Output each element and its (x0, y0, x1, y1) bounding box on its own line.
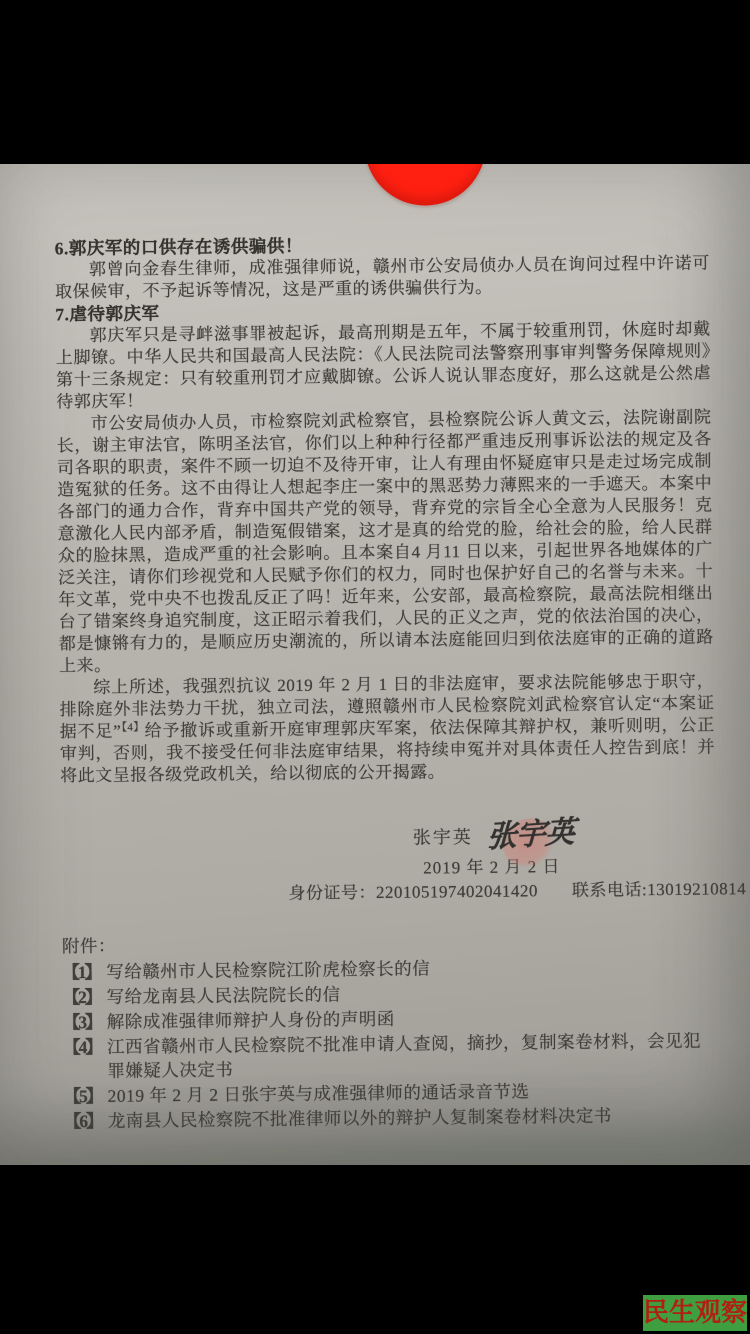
footnote-ref-marker: 【4】 (121, 721, 144, 733)
attachment-marker-5: 【5】 (63, 1084, 101, 1108)
attachment-text-6: 龙南县人民检察院不批准律师以外的辩护人复制案卷材料决定书 (108, 1106, 612, 1131)
handwritten-signature: 张宇英 (486, 822, 574, 850)
attachment-text-2: 写给龙南县人民法院院长的信 (106, 984, 340, 1006)
printed-name: 张宇英 (413, 827, 473, 848)
attachment-marker-3: 【3】 (63, 1010, 101, 1034)
attachment-text-5: 2019 年 2 月 2 日张宇英与成准强律师的通话录音节选 (107, 1081, 529, 1105)
minsheng-watermark: 民生观察 (643, 1295, 747, 1331)
letterbox-top (0, 0, 750, 164)
letterbox-bottom (0, 1165, 750, 1334)
accusation-paragraph: 市公安局侦办人员，市检察院刘武检察官，县检察院公诉人黄文云，法院谢副院长，谢主审… (56, 406, 714, 677)
section7-body: 郭庆军只是寻衅滋事罪被起诉，最高刑期是五年，不属于较重刑罚，休庭时却戴上脚镣。中… (55, 318, 711, 413)
protest-text-after-ref: 给予撤诉或重新开庭审理郭庆军案，依法保障其辩护权，兼听则明，公正审判，否则，我不… (60, 715, 715, 785)
attachment-item-4: 【4】江西省赣州市人民检察院不批准申请人查阅，摘抄，复制案卷材料，会见犯罪嫌疑人… (63, 1028, 718, 1083)
document-photo: 6.郭庆军的口供存在诱供骗供！ 郭曾向金春生律师，成准强律师说，赣州市公安局侦办… (0, 164, 750, 1165)
complaint-letter: 6.郭庆军的口供存在诱供骗供！ 郭曾向金春生律师，成准强律师说，赣州市公安局侦办… (0, 164, 750, 1134)
attachment-marker-1: 【1】 (62, 960, 100, 984)
attachments-list: 附件： 【1】写给赣州市人民检察院江阶虎检察长的信 【2】写给龙南县人民法院院长… (62, 928, 719, 1133)
section6-body: 郭曾向金春生律师，成准强律师说，赣州市公安局侦办人员在询问过程中许诺可取保候审，… (55, 252, 710, 303)
phone-screen: 6.郭庆军的口供存在诱供骗供！ 郭曾向金春生律师，成准强律师说，赣州市公安局侦办… (0, 0, 750, 1334)
attachment-text-1: 写给赣州市人民检察院江阶虎检察长的信 (106, 958, 430, 981)
attachment-marker-6: 【6】 (64, 1109, 102, 1133)
protest-paragraph: 综上所述，我强烈抗议 2019 年 2 月 1 日的非法庭审，要求法院能够忠于职… (59, 670, 715, 787)
phone-number: 13019210814 (647, 879, 746, 899)
id-number: 220105197402041420 (376, 881, 538, 902)
paper-sheet: 6.郭庆军的口供存在诱供骗供！ 郭曾向金春生律师，成准强律师说，赣州市公安局侦办… (0, 164, 750, 1165)
attachment-text-4: 江西省赣州市人民检察院不批准申请人查阅，摘抄，复制案卷材料，会见犯罪嫌疑人决定书 (107, 1031, 701, 1081)
attachment-text-3: 解除成准强律师辩护人身份的声明函 (107, 1009, 395, 1032)
attachment-marker-2: 【2】 (62, 985, 100, 1009)
signature-block: 张宇英张宇英 2019 年 2 月 2 日 身份证号：2201051974020… (61, 820, 717, 909)
id-label: 身份证号： (288, 883, 376, 903)
attachment-marker-4: 【4】 (63, 1035, 101, 1059)
phone-label: 联系电话: (572, 880, 647, 900)
